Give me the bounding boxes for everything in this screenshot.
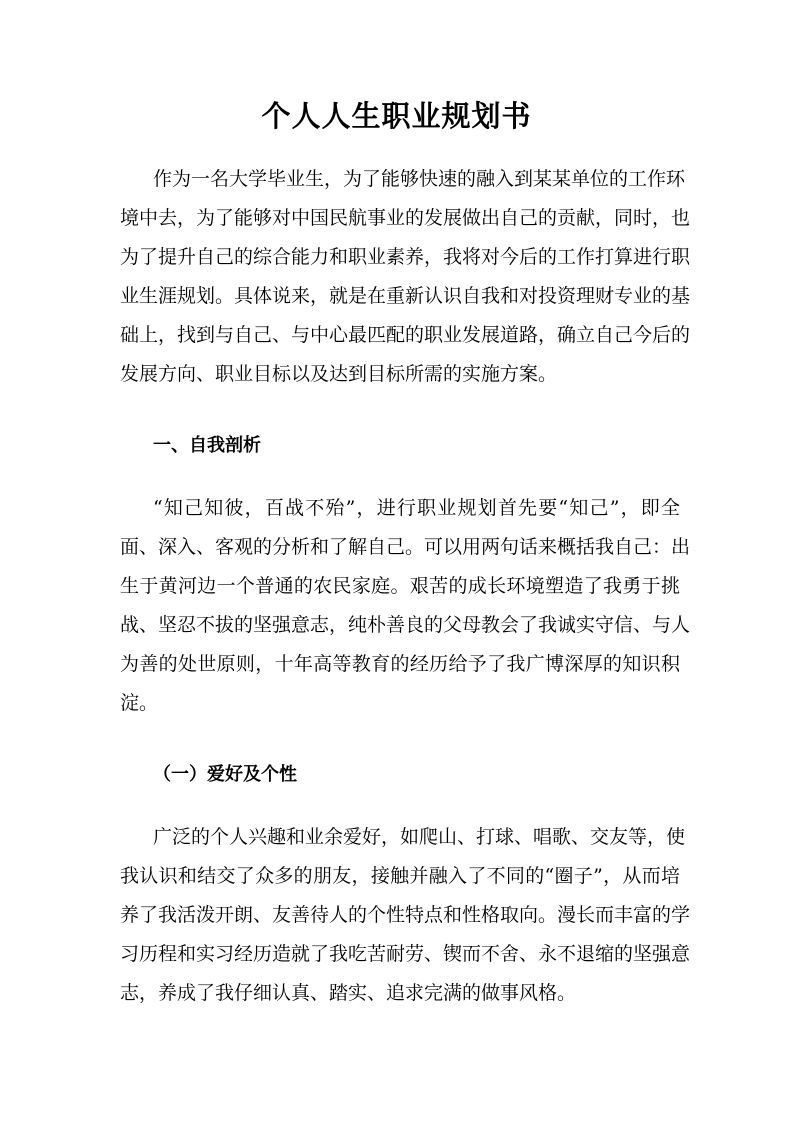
section1-line-3: 生于黄河边一个普通的农民家庭。艰苦的成长环境塑造了我勇于挑	[120, 571, 680, 601]
section1-line-4: 战、坚忍不拔的坚强意志，纯朴善良的父母教会了我诚实守信、与人	[120, 610, 680, 640]
intro-line-5: 础上，找到与自己、与中心最匹配的职业发展道路，确立自己今后的	[120, 320, 680, 350]
subsection1-line-3: 养了我活泼开朗、友善待人的个性特点和性格取向。漫长而丰富的学	[120, 900, 680, 930]
subsection1-line-4: 习历程和实习经历造就了我吃苦耐劳、锲而不舍、永不退缩的坚强意	[120, 939, 680, 969]
section-heading-self-analysis: 一、自我剖析	[153, 431, 261, 461]
section1-line-5: 为善的处世原则，十年高等教育的经历给予了我广博深厚的知识积	[120, 649, 680, 679]
intro-line-6: 发展方向、职业目标以及达到目标所需的实施方案。	[120, 359, 680, 389]
intro-line-2: 境中去，为了能够对中国民航事业的发展做出自己的贡献，同时，也	[120, 203, 680, 233]
section1-line-1: “知己知彼，百战不殆”，进行职业规划首先要“知己”，即全	[153, 493, 680, 523]
intro-line-3: 为了提升自己的综合能力和职业素养，我将对今后的工作打算进行职	[120, 242, 680, 272]
section1-line-2: 面、深入、客观的分析和了解自己。可以用两句话来概括我自己：出	[120, 532, 680, 562]
document-title: 个人人生职业规划书	[0, 96, 793, 136]
intro-line-1: 作为一名大学毕业生，为了能够快速的融入到某某单位的工作环	[153, 164, 680, 194]
subsection1-line-2: 我认识和结交了众多的朋友，接触并融入了不同的“圈子”，从而培	[120, 861, 680, 891]
section1-line-6: 淀。	[120, 688, 680, 718]
subsection-heading-hobbies: （一）爱好及个性	[153, 760, 297, 790]
subsection1-line-5: 志，养成了我仔细认真、踏实、追求完满的做事风格。	[120, 978, 680, 1008]
subsection1-line-1: 广泛的个人兴趣和业余爱好，如爬山、打球、唱歌、交友等，使	[153, 822, 680, 852]
intro-line-4: 业生涯规划。具体说来，就是在重新认识自我和对投资理财专业的基	[120, 281, 680, 311]
document-page: 个人人生职业规划书 作为一名大学毕业生，为了能够快速的融入到某某单位的工作环 境…	[0, 0, 793, 1122]
